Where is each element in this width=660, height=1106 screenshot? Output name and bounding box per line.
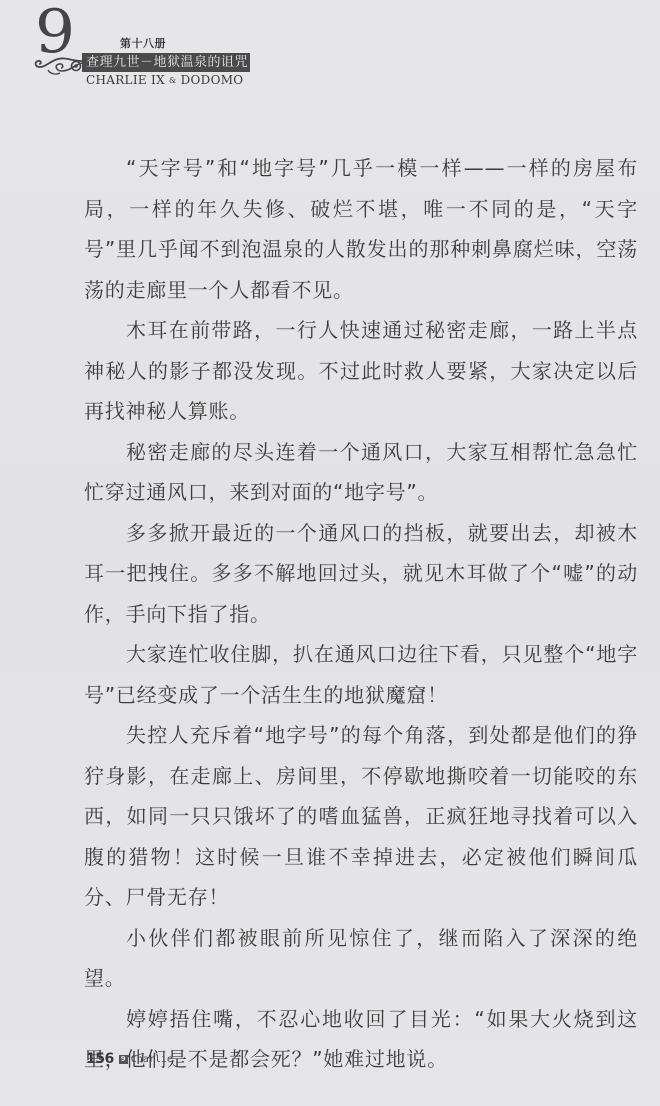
paragraph: 小伙伴们都被眼前所见惊住了，继而陷入了深深的绝望。	[84, 918, 638, 999]
paragraph: 木耳在前带路，一行人快速通过秘密走廊，一路上半点神秘人的影子都没发现。不过此时救…	[84, 310, 638, 432]
paragraph: 婷婷捂住嘴，不忍心地收回了目光：“如果大火烧到这里，他们是不是都会死？”她难过地…	[84, 999, 638, 1080]
series-name-part2: DODOMO	[181, 73, 244, 87]
paragraph: 秘密走廊的尽头连着一个通风口，大家互相帮忙急急忙忙穿过通风口，来到对面的“地字号…	[84, 432, 638, 513]
series-name-ampersand: &	[169, 76, 176, 85]
running-header: 9 第十八册 查理九世－地狱温泉的诅咒 CHARLIE IX & DODOMO	[0, 0, 330, 100]
paragraph: 大家连忙收住脚，扒在通风口边往下看，只见整个“地字号”已经变成了一个活生生的地狱…	[84, 634, 638, 715]
footer-brand: Charlie	[131, 1054, 173, 1065]
series-name-part1: CHARLIE IX	[86, 73, 165, 87]
page-number: 156	[86, 1051, 114, 1067]
paragraph: 失控人充斥着“地字号”的每个角落，到处都是他们的狰狞身影，在走廊上、房间里，不停…	[84, 715, 638, 918]
paragraph: 多多掀开最近的一个通风口的挡板，就要出去，却被木耳一把拽住。多多不解地回过头，就…	[84, 513, 638, 635]
series-name-english: CHARLIE IX & DODOMO	[86, 73, 243, 87]
page-footer: 156 9 Charlie	[86, 1051, 173, 1067]
book-page: 9 第十八册 查理九世－地狱温泉的诅咒 CHARLIE IX & DODOMO …	[0, 0, 660, 1106]
paragraph: “天字号”和“地字号”几乎一模一样——一样的房屋布局，一样的年久失修、破烂不堪，…	[84, 148, 638, 310]
body-text: “天字号”和“地字号”几乎一模一样——一样的房屋布局，一样的年久失修、破烂不堪，…	[84, 148, 638, 1080]
scroll-ornament-icon	[32, 53, 84, 77]
book-title-band: 查理九世－地狱温泉的诅咒	[82, 53, 250, 72]
volume-label: 第十八册	[120, 35, 166, 51]
brand-logo-icon: 9	[119, 1055, 128, 1064]
